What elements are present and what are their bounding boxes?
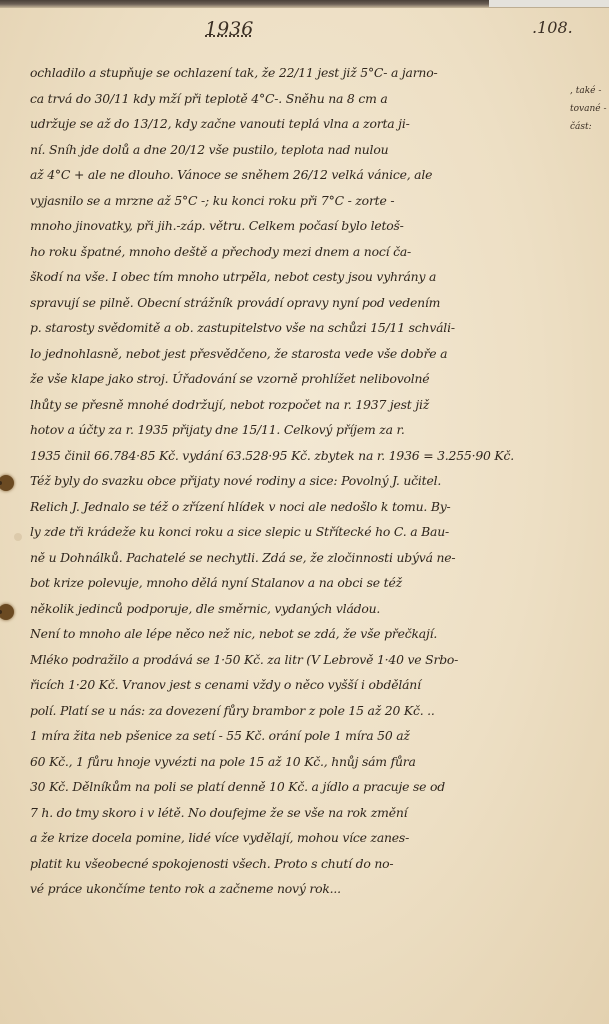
chronicle-page: 1936 .108. , také - tované - část: ochla… <box>0 8 609 1024</box>
text-line: že vše klape jako stroj. Úřadování se vz… <box>30 366 560 392</box>
text-line: Též byly do svazku obce přijaty nové rod… <box>30 468 560 494</box>
scan-top-edge <box>0 0 609 8</box>
text-line: udržuje se až do 13/12, kdy začne vanout… <box>30 111 560 137</box>
text-line: 7 h. do tmy skoro i v létě. No doufejme … <box>30 800 560 826</box>
handwritten-text-body: ochladilo a stupňuje se ochlazení tak, ž… <box>30 60 560 902</box>
text-line: ho roku špatné, mnoho deště a přechody m… <box>30 239 560 265</box>
text-line: ly zde tři krádeže ku konci roku a sice … <box>30 519 560 545</box>
text-line: lo jednohlasně, nebot jest přesvědčeno, … <box>30 341 560 367</box>
text-line: hotov a účty za r. 1935 přijaty dne 15/1… <box>30 417 560 443</box>
scan-edge-strip <box>489 0 609 7</box>
text-line: mnoho jinovatky, při jih.-záp. větru. Ce… <box>30 213 560 239</box>
text-line: lhůty se přesně mnohé dodržují, nebot ro… <box>30 392 560 418</box>
text-line: 1935 činil 66.784·85 Kč. vydání 63.528·9… <box>30 443 560 469</box>
text-line: a že krize docela pomine, lidé více vydě… <box>30 825 560 851</box>
text-line: Relich J. Jednalo se též o zřízení hlíde… <box>30 494 560 520</box>
text-line: ní. Sníh jde dolů a dne 20/12 vše pustil… <box>30 137 560 163</box>
text-line: polí. Platí se u nás: za dovezení fůry b… <box>30 698 560 724</box>
text-line: ně u Dohnálků. Pachatelé se nechytli. Zd… <box>30 545 560 571</box>
text-line: platit ku všeobecné spokojenosti všech. … <box>30 851 560 877</box>
binding-hole-icon <box>0 604 14 620</box>
text-line: 30 Kč. Dělníkům na poli se platí denně 1… <box>30 774 560 800</box>
binding-hole-icon <box>0 475 14 491</box>
text-line: Mléko podražilo a prodává se 1·50 Kč. za… <box>30 647 560 673</box>
page-year-heading: 1936 <box>205 18 253 40</box>
text-line: spravují se pilně. Obecní strážník prová… <box>30 290 560 316</box>
page-number: .108. <box>532 18 573 37</box>
text-line: p. starosty svědomitě a ob. zastupitelst… <box>30 315 560 341</box>
text-line: 1 míra žita neb pšenice za setí - 55 Kč.… <box>30 723 560 749</box>
margin-annotation: , také - tované - část: <box>570 82 609 136</box>
text-line: bot krize polevuje, mnoho dělá nyní Stal… <box>30 570 560 596</box>
text-line: škodí na vše. I obec tím mnoho utrpěla, … <box>30 264 560 290</box>
text-line: Není to mnoho ale lépe něco než nic, neb… <box>30 621 560 647</box>
text-line: až 4°C + ale ne dlouho. Vánoce se sněhem… <box>30 162 560 188</box>
text-line: vyjasnilo se a mrzne až 5°C -; ku konci … <box>30 188 560 214</box>
text-line: ca trvá do 30/11 kdy mží při teplotě 4°C… <box>30 86 560 112</box>
text-line: 60 Kč., 1 fůru hnoje vyvézti na pole 15 … <box>30 749 560 775</box>
text-line: ochladilo a stupňuje se ochlazení tak, ž… <box>30 60 560 86</box>
paper-stain <box>14 533 22 541</box>
text-line: několik jedinců podporuje, dle směrnic, … <box>30 596 560 622</box>
text-line: řicích 1·20 Kč. Vranov jest s cenami vžd… <box>30 672 560 698</box>
text-line: vé práce ukončíme tento rok a začneme no… <box>30 876 560 902</box>
